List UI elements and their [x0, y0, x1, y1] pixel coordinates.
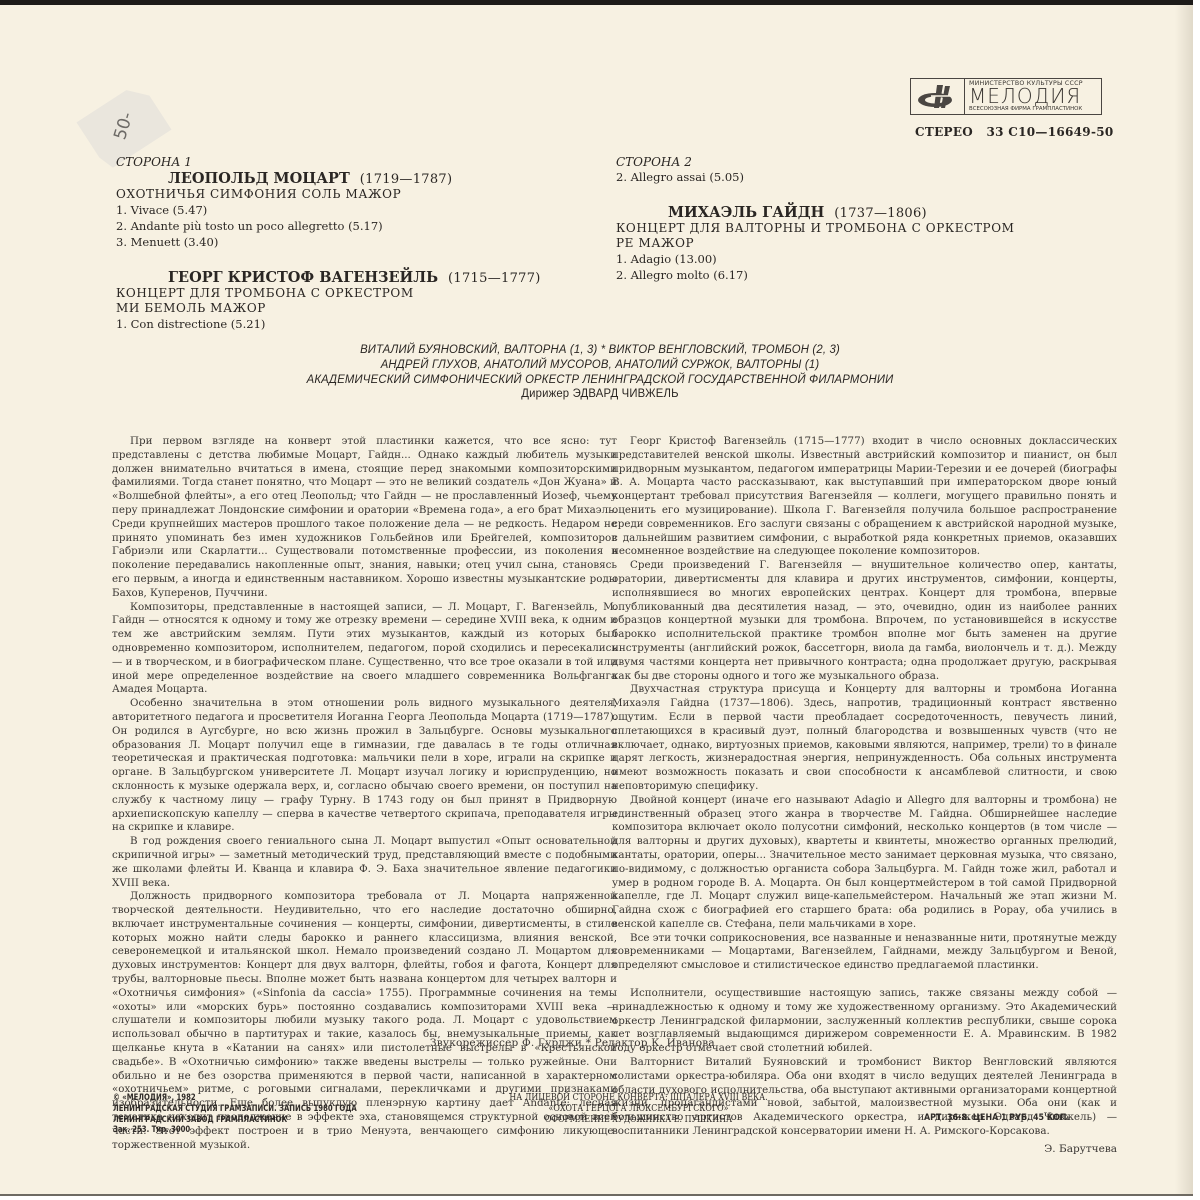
paragraph: Среди произведений Г. Вагензейля — внуши… — [612, 559, 1117, 683]
track: 2. Andante più tosto un poco allegretto … — [116, 218, 596, 234]
composer-years: (1715—1777) — [448, 271, 541, 286]
track: 2. Allegro molto (6.17) — [616, 267, 1096, 283]
work-title: РЕ МАЖОР — [616, 236, 1096, 251]
melodiya-emblem-icon — [911, 79, 965, 114]
spacer — [616, 185, 1096, 203]
paragraph: Двойной концерт (иначе его называют Adag… — [612, 794, 1117, 932]
footer-publisher-info: © «МЕЛОДИЯ», 1982ЛЕНИНГРАДСКАЯ СТУДИЯ ГР… — [113, 1093, 357, 1136]
composer-name: ЛЕОПОЛЬД МОЦАРТ(1719—1787) — [168, 170, 596, 187]
footer-line: © «МЕЛОДИЯ», 1982 — [113, 1093, 357, 1104]
track: 1. Vivace (5.47) — [116, 202, 596, 218]
credit-line: АНДРЕЙ ГЛУХОВ, АНАТОЛИЙ МУСОРОВ, АНАТОЛИ… — [204, 357, 995, 372]
work-title: ОХОТНИЧЬЯ СИМФОНИЯ СОЛЬ МАЖОР — [116, 187, 596, 202]
paragraph: Особенно значительна в этом отношении ро… — [112, 697, 617, 835]
paragraph: Двухчастная структура присуща и Концерту… — [612, 683, 1117, 793]
track: 3. Menuett (3.40) — [116, 234, 596, 250]
price-mark: 50- — [110, 110, 137, 142]
composer-name: МИХАЭЛЬ ГАЙДН(1737—1806) — [668, 204, 1096, 221]
credit-line: АКАДЕМИЧЕСКИЙ СИМФОНИЧЕСКИЙ ОРКЕСТР ЛЕНИ… — [204, 372, 995, 387]
side-label: СТОРОНА 2 — [616, 155, 1096, 169]
work-title: КОНЦЕРТ ДЛЯ ВАЛТОРНЫ И ТРОМБОНА С ОРКЕСТ… — [616, 221, 1096, 236]
work-title: КОНЦЕРТ ДЛЯ ТРОМБОНА С ОРКЕСТРОМ — [116, 286, 596, 301]
paragraph: Георг Кристоф Вагензейль (1715—1777) вхо… — [612, 435, 1117, 559]
melodiya-logo: МИНИСТЕРСТВО КУЛЬТУРЫ СССР МЕЛОДИЯ ВСЕСО… — [910, 78, 1102, 115]
footer-line: ЛЕНИНГРАДСКИЙ ЗАВОД ГРАМПЛАСТИНОК — [113, 1115, 357, 1126]
footer-line: ЛЕНИНГРАДСКАЯ СТУДИЯ ГРАМЗАПИСИ. ЗАПИСЬ … — [113, 1104, 357, 1115]
paragraph: Композиторы, представленные в настоящей … — [112, 601, 617, 698]
performer-credits: ВИТАЛИЙ БУЯНОВСКИЙ, ВАЛТОРНА (1, 3) * ВИ… — [204, 342, 995, 401]
catalog-number: СТЕРЕО 33 С10—16649-50 — [915, 125, 1114, 139]
credit-line: ВИТАЛИЙ БУЯНОВСКИЙ, ВАЛТОРНА (1, 3) * ВИ… — [204, 342, 995, 357]
sleeve-edge-shadow — [1175, 5, 1193, 1196]
footer-line: Зак. 253. Тир. 3000 — [113, 1125, 357, 1136]
footer-line: ОФОРМЛЕНИЕ ХУДОЖНИКА Е. ПУШКИНА — [460, 1115, 817, 1126]
side-2-tracklist: СТОРОНА 22. Allegro assai (5.05)МИХАЭЛЬ … — [616, 155, 1096, 283]
footer-line: «ОХОТА ГЕРЦОГА ЛЮКСЕМБУРГСКОГО» — [460, 1104, 817, 1115]
work-title: МИ БЕМОЛЬ МАЖОР — [116, 301, 596, 316]
logo-subtitle: ВСЕСОЮЗНАЯ ФИРМА ГРАМПЛАСТИНОК — [969, 106, 1082, 112]
notes-author: Э. Барутчева — [612, 1143, 1117, 1157]
logo-brand: МЕЛОДИЯ — [969, 87, 1081, 106]
paragraph: Все эти точки соприкосновения, все назва… — [612, 932, 1117, 973]
track: 2. Allegro assai (5.05) — [616, 169, 1096, 185]
composer-name: ГЕОРГ КРИСТОФ ВАГЕНЗЕЙЛЬ(1715—1777) — [168, 269, 596, 286]
footer-price: АРТ. 36-8. ЦЕНА 1 РУБ. 45 КОП. — [924, 1113, 1070, 1123]
spacer — [116, 250, 596, 268]
conductor-credit: Дирижер ЭДВАРД ЧИВЖЕЛЬ — [204, 386, 995, 401]
paragraph: В год рождения своего гениального сына Л… — [112, 835, 617, 890]
side-1-tracklist: СТОРОНА 1ЛЕОПОЛЬД МОЦАРТ(1719—1787)ОХОТН… — [116, 155, 596, 332]
composer-years: (1737—1806) — [834, 206, 927, 221]
side-label: СТОРОНА 1 — [116, 155, 596, 169]
footer-cover-art-info: НА ЛИЦЕВОЙ СТОРОНЕ КОНВЕРТА: ШПАЛЕРА XVI… — [460, 1093, 817, 1125]
paragraph: При первом взгляде на конверт этой пласт… — [112, 435, 617, 601]
track: 1. Con distrectione (5.21) — [116, 316, 596, 332]
record-sleeve-back: 50- МИНИСТЕРСТВО КУЛЬТУРЫ СССР МЕЛОДИЯ В… — [0, 0, 1193, 1196]
track: 1. Adagio (13.00) — [616, 251, 1096, 267]
production-credits: Звукорежиссер Ф. Гурджи * Редактор К. Ив… — [430, 1037, 715, 1049]
composer-years: (1719—1787) — [360, 172, 453, 187]
